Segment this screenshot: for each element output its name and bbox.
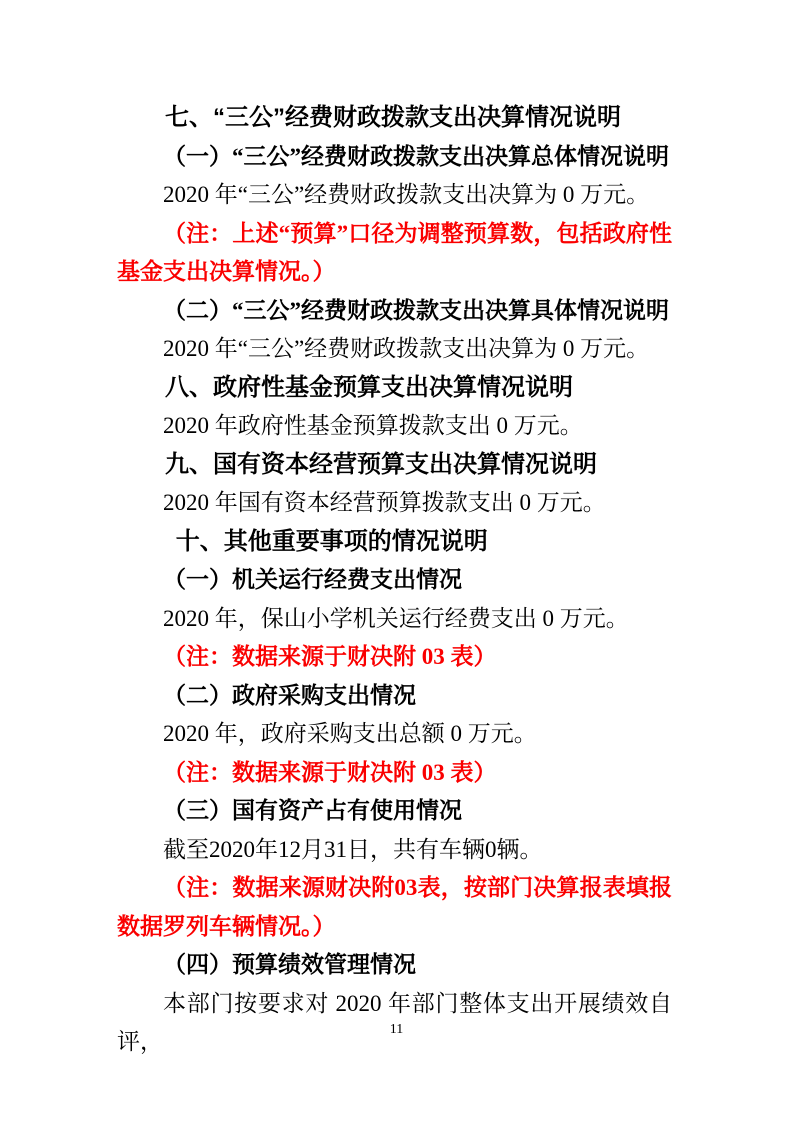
subsection-heading-10-2: （二）政府采购支出情况 bbox=[117, 677, 672, 716]
body-paragraph: 2020 年“三公”经费财政拨款支出决算为 0 万元。 bbox=[117, 176, 672, 215]
section-heading-9: 九、国有资本经营预算支出决算情况说明 bbox=[117, 446, 672, 485]
subsection-heading-7-2: （二）“三公”经费财政拨款支出决算具体情况说明 bbox=[117, 292, 672, 331]
note-paragraph: （注：上述“预算”口径为调整预算数，包括政府性基金支出决算情况。） bbox=[117, 215, 672, 292]
body-paragraph: 2020 年政府性基金预算拨款支出 0 万元。 bbox=[117, 407, 672, 446]
body-paragraph: 2020 年“三公”经费财政拨款支出决算为 0 万元。 bbox=[117, 330, 672, 369]
note-paragraph: （注：数据来源财决附03表，按部门决算报表填报数据罗列车辆情况。） bbox=[117, 869, 672, 946]
body-paragraph: 2020 年，保山小学机关运行经费支出 0 万元。 bbox=[117, 600, 672, 639]
document-body: 七、“三公”经费财政拨款支出决算情况说明 （一）“三公”经费财政拨款支出决算总体… bbox=[0, 0, 793, 1062]
subsection-heading-10-3: （三）国有资产占有使用情况 bbox=[117, 792, 672, 831]
body-paragraph: 截至2020年12月31日，共有车辆0辆。 bbox=[117, 831, 672, 870]
body-paragraph: 2020 年，政府采购支出总额 0 万元。 bbox=[117, 715, 672, 754]
document-page: 七、“三公”经费财政拨款支出决算情况说明 （一）“三公”经费财政拨款支出决算总体… bbox=[0, 0, 793, 1122]
subsection-heading-7-1: （一）“三公”经费财政拨款支出决算总体情况说明 bbox=[117, 138, 672, 177]
subsection-heading-10-1: （一）机关运行经费支出情况 bbox=[117, 561, 672, 600]
subsection-heading-10-4: （四）预算绩效管理情况 bbox=[117, 946, 672, 985]
section-heading-8: 八、政府性基金预算支出决算情况说明 bbox=[117, 369, 672, 408]
section-heading-10: 十、其他重要事项的情况说明 bbox=[117, 523, 672, 562]
note-paragraph: （注：数据来源于财决附 03 表） bbox=[117, 754, 672, 793]
note-paragraph: （注：数据来源于财决附 03 表） bbox=[117, 638, 672, 677]
section-heading-7: 七、“三公”经费财政拨款支出决算情况说明 bbox=[117, 99, 672, 138]
page-number: 11 bbox=[0, 1022, 793, 1038]
body-paragraph: 2020 年国有资本经营预算拨款支出 0 万元。 bbox=[117, 484, 672, 523]
